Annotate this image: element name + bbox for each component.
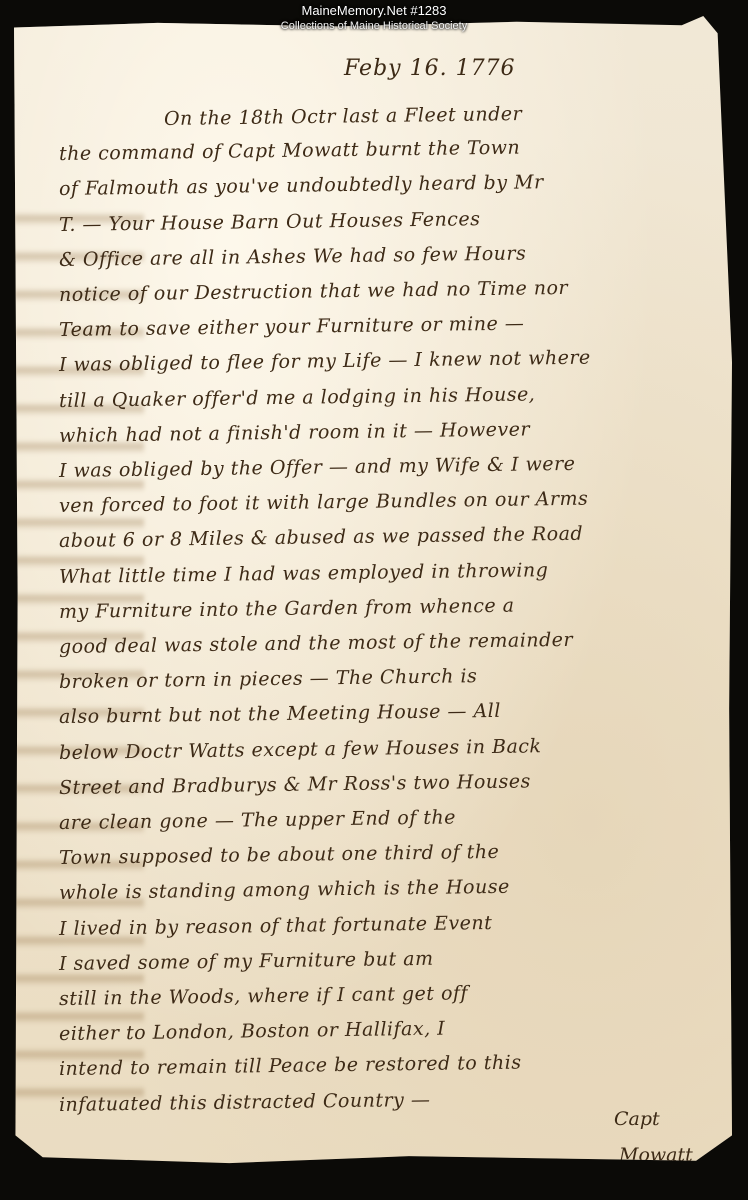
letter-line: What little time I had was employed in t… (59, 559, 549, 588)
letter-body: Feby 16. 1776 On the 18th Octr last a Fl… (14, 16, 732, 1170)
letter-line: the command of Capt Mowatt burnt the Tow… (59, 137, 520, 165)
letter-line: whole is standing among which is the Hou… (59, 876, 510, 904)
letter-line: which had not a finish'd room in it — Ho… (59, 418, 530, 447)
letter-line: I was obliged to flee for my Life — I kn… (59, 347, 591, 376)
letter-line: I saved some of my Furniture but am (59, 948, 434, 975)
letter-line: broken or torn in pieces — The Church is (59, 665, 478, 693)
letter-line: Town supposed to be about one third of t… (59, 841, 500, 869)
letter-line: T. — Your House Barn Out Houses Fences (59, 208, 481, 236)
letter-line: about 6 or 8 Miles & abused as we passed… (59, 523, 583, 552)
letter-line: intend to remain till Peace be restored … (59, 1052, 522, 1080)
letter-line: either to London, Boston or Hallifax, I (59, 1018, 446, 1045)
letter-line: & Office are all in Ashes We had so few … (59, 242, 527, 271)
letter-line: ven forced to foot it with large Bundles… (59, 488, 589, 517)
letter-line: till a Quaker offer'd me a lodging in hi… (59, 383, 536, 412)
letter-line: I was obliged by the Offer — and my Wife… (59, 453, 576, 482)
letter-line: of Falmouth as you've undoubtedly heard … (59, 172, 544, 201)
letter-line: notice of our Destruction that we had no… (59, 277, 568, 306)
letter-line: Street and Bradburys & Mr Ross's two Hou… (59, 770, 531, 799)
manuscript-page: Feby 16. 1776 On the 18th Octr last a Fl… (14, 16, 732, 1170)
signoff-name: Mowatt (619, 1144, 693, 1166)
letter-line: infatuated this distracted Country — (59, 1088, 431, 1115)
letter-line: On the 18th Octr last a Fleet under (164, 103, 522, 130)
caption-subtitle: Collections of Maine Historical Society (0, 20, 748, 32)
signoff-title: Capt (614, 1108, 660, 1130)
letter-date: Feby 16. 1776 (344, 56, 516, 81)
letter-line: still in the Woods, where if I cant get … (59, 982, 468, 1010)
letter-line: below Doctr Watts except a few Houses in… (59, 735, 542, 764)
letter-line: are clean gone — The upper End of the (59, 806, 456, 834)
letter-line: my Furniture into the Garden from whence… (59, 594, 515, 622)
letter-line: also burnt but not the Meeting House — A… (59, 700, 501, 728)
letter-line: I lived in by reason of that fortunate E… (59, 912, 493, 940)
letter-line: Team to save either your Furniture or mi… (59, 313, 525, 341)
caption-title: MaineMemory.Net #1283 (0, 3, 748, 18)
letter-line: good deal was stole and the most of the … (59, 629, 573, 658)
